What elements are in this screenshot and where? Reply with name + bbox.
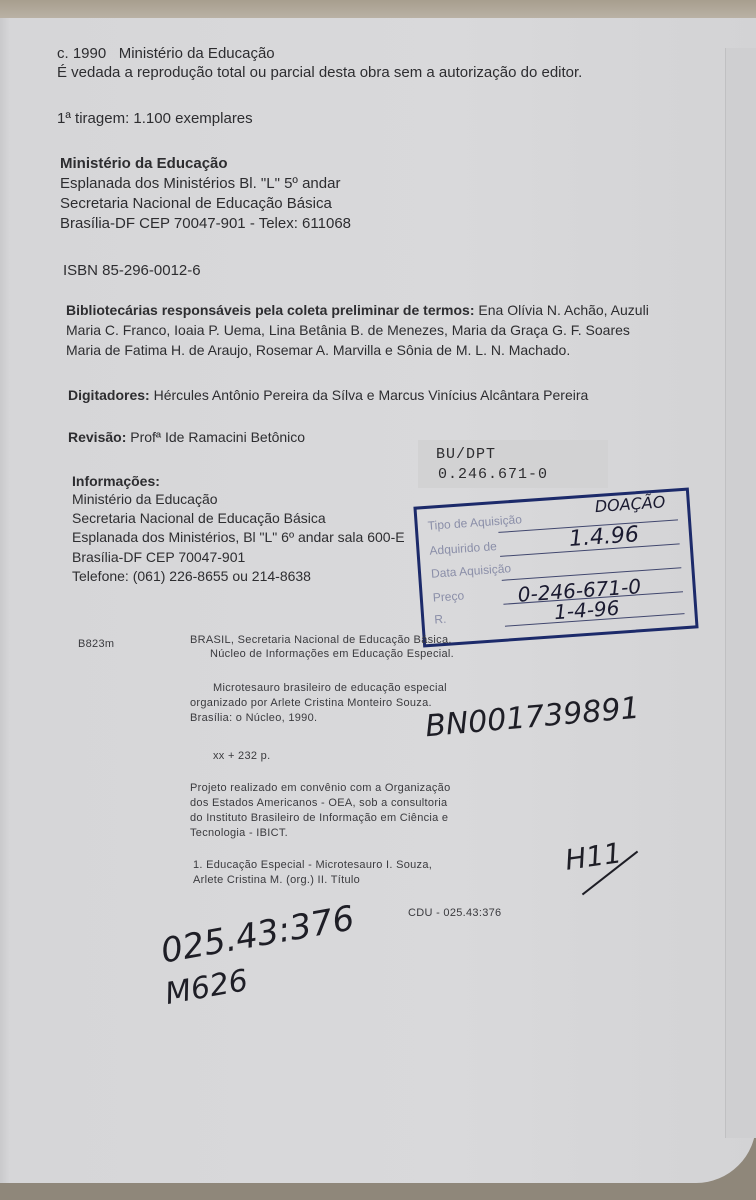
librarians-line-2: Maria C. Franco, Ioaia P. Uema, Lina Bet… [66,321,630,339]
stamp-label-price: Preço [432,588,464,604]
catalog-note-2: dos Estados Americanos - OEA, sob a cons… [190,796,447,810]
stamp-label-type: Tipo de Aquisição [427,512,522,533]
typists-line: Digitadores: Hércules Antônio Pereira da… [68,386,588,404]
page-edge [725,48,756,1138]
publisher-address-1: Esplanada dos Ministérios Bl. "L" 5º and… [60,175,340,193]
catalog-note-3: do Instituto Brasileiro de Informação em… [190,811,448,825]
librarians-line-1: Bibliotecárias responsáveis pela coleta … [66,301,649,319]
isbn: ISBN 85-296-0012-6 [63,262,201,280]
catalog-pages: xx + 232 p. [213,749,270,763]
copyright-line: c. 1990 Ministério da Educação [57,45,275,63]
print-run: 1ª tiragem: 1.100 exemplares [57,110,253,128]
publisher-name: Ministério da Educação [60,155,228,173]
copyright-year: c. 1990 [57,45,106,62]
catalog-title-3: Brasília: o Núcleo, 1990. [190,711,317,725]
info-line-1: Ministério da Educação [72,490,218,508]
revision-value: Profª Ide Ramacini Betônico [130,429,305,445]
library-code-1: BU/DPT [436,446,496,464]
librarians-label: Bibliotecárias responsáveis pela coleta … [66,302,475,318]
info-line-4: Brasília-DF CEP 70047-901 [72,548,245,566]
catalog-cdu: CDU - 025.43:376 [408,906,501,920]
info-line-3: Esplanada dos Ministérios, Bl "L" 6º and… [72,528,405,546]
library-label-sticker: BU/DPT 0.246.671-0 [418,440,608,488]
typists-label: Digitadores: [68,387,150,403]
library-code-2: 0.246.671-0 [438,466,548,484]
revision-label: Revisão: [68,429,126,445]
info-line-5: Telefone: (061) 226-8655 ou 214-8638 [72,567,311,585]
catalog-entry-1: BRASIL, Secretaria Nacional de Educação … [190,633,452,647]
catalog-title-2: organizado por Arlete Cristina Monteiro … [190,696,432,710]
stamp-value-type: DOAÇÃO [594,492,666,516]
copyright-notice: É vedada a reprodução total ou parcial d… [57,64,582,82]
stamp-label-date: Data Aquisição [431,561,512,581]
publisher-address-2: Secretaria Nacional de Educação Básica [60,195,332,213]
catalog-note-1: Projeto realizado em convênio com a Orga… [190,781,451,795]
call-number: B823m [78,637,114,651]
stamp-value-date: 1.4.96 [568,522,640,552]
copyright-holder: Ministério da Educação [119,45,275,62]
acquisition-stamp: Tipo de Aquisição Adquirido de Data Aqui… [413,488,698,648]
catalog-entry-2: Núcleo de Informações em Educação Especi… [210,647,454,661]
catalog-subjects-2: Arlete Cristina M. (org.) II. Título [193,873,360,887]
typists-value: Hércules Antônio Pereira da Sílva e Marc… [154,387,589,403]
librarians-line-3: Maria de Fatima H. de Araujo, Rosemar A.… [66,341,570,359]
stamp-label-acquired-from: Adquirido de [429,539,497,558]
info-label: Informações: [72,472,160,490]
revision-line: Revisão: Profª Ide Ramacini Betônico [68,428,305,446]
catalog-note-4: Tecnologia - IBICT. [190,826,288,840]
info-line-2: Secretaria Nacional de Educação Básica [72,509,326,527]
librarians-names-1: Ena Olívia N. Achão, Auzuli [478,302,648,318]
catalog-title-1: Microtesauro brasileiro de educação espe… [213,681,447,695]
catalog-subjects-1: 1. Educação Especial - Microtesauro I. S… [193,858,432,872]
stamp-value-register-date: 1-4-96 [553,596,620,624]
stamp-label-r: R. [434,612,447,627]
publisher-address-3: Brasília-DF CEP 70047-901 - Telex: 61106… [60,215,351,233]
